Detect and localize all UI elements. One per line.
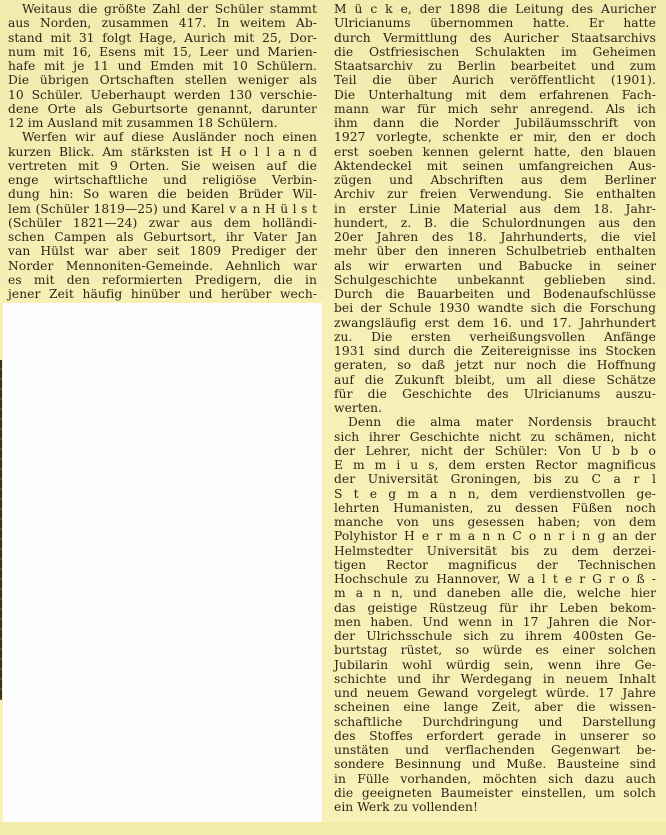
text-line: schichte und ihr Werdegang in neuem Inha… [334, 672, 656, 686]
text-line: werten. [334, 401, 656, 415]
text-line: sondere Besinnung und Muße. Bausteine si… [334, 757, 656, 771]
text-line: tigen Rector magnificus der Technischen [334, 558, 656, 572]
text-line: Hochschule zu Hannover, W a l t e r G r … [334, 572, 656, 586]
page-edge [0, 360, 2, 700]
text-line: der Lehrer, nicht der Schüler: Von U b b… [334, 444, 656, 458]
text-line: vertreten mit 9 Orten. Sie weisen auf di… [8, 159, 317, 173]
text-line: aus Norden, zusammen 417. In weitem Ab- [8, 16, 317, 30]
text-line: Staatsarchiv zu Berlin bearbeitet und zu… [334, 59, 656, 73]
text-line: Norder Mennoniten-Gemeinde. Aehnlich war [8, 259, 317, 273]
text-line: in Fülle vorhanden, möchten sich dazu au… [334, 772, 656, 786]
text-line: durch Vermittlung des Auricher Staatsarc… [334, 31, 656, 45]
text-line: dene Orte als Geburtsorte genannt, darun… [8, 102, 317, 116]
text-line: 12 im Ausland mit zusammen 18 Schülern. [8, 116, 317, 130]
text-line: hafe mit je 11 und Emden mit 10 Schülern… [8, 59, 317, 73]
text-line: Durch die Bauarbeiten und Bodenaufschlüs… [334, 287, 656, 301]
text-line: lehrten Humanisten, zu dessen Füßen noch [334, 501, 656, 515]
text-line: Jubilarin wohl würdig sein, wenn ihre Ge… [334, 658, 656, 672]
text-line: 1931 sind durch die Zeitereignisse ins S… [334, 344, 656, 358]
text-line: ein Werk zu vollenden! [334, 800, 656, 814]
text-line: manche von uns gesessen haben; von dem [334, 515, 656, 529]
text-line: van Hülst war aber seit 1809 Prediger de… [8, 244, 317, 258]
text-line: sich ihrer Geschichte nicht zu schämen, … [334, 430, 656, 444]
text-line: Denn die alma mater Nordensis braucht [334, 415, 656, 429]
text-line: men haben. Und wenn in 17 Jahren die Nor… [334, 615, 656, 629]
text-line: mann war für mich sehr anregend. Als ich [334, 102, 656, 116]
text-line: Polyhistor H e r m a n n C o n r i n g a… [334, 529, 656, 543]
text-line: Die Unterhaltung mit dem erfahrenen Fach… [334, 88, 656, 102]
text-line: auf die Zukunft bleibt, um all diese Sch… [334, 373, 656, 387]
text-line: dung hin: So waren die beiden Brüder Wil… [8, 187, 317, 201]
right-column: M ü c k e, der 1898 die Leitung des Auri… [334, 2, 656, 814]
text-line: Ulricianums übernommen hatte. Er hatte [334, 16, 656, 30]
text-line: S t e g m a n n, dem verdienstvollen ge- [334, 487, 656, 501]
text-line: scheinen eine lange Zeit, aber die wisse… [334, 700, 656, 714]
text-line: lem (Schüler 1819—25) und Karel v a n H … [8, 202, 317, 216]
text-line: kurzen Blick. Am stärksten ist H o l l a… [8, 145, 317, 159]
text-line: M ü c k e, der 1898 die Leitung des Auri… [334, 2, 656, 16]
text-line: als wir erwarten und Babucke in seiner [334, 259, 656, 273]
text-line: des Stoffes erfordert gerade in unserer … [334, 729, 656, 743]
text-line: Weitaus die größte Zahl der Schüler stam… [8, 2, 317, 16]
text-line: Werfen wir auf diese Ausländer noch eine… [8, 130, 317, 144]
text-line: m a n n, und daneben alle die, welche hi… [334, 586, 656, 600]
text-line: burtstag rüstet, so würde es einer solch… [334, 643, 656, 657]
text-line: Archiv zur freien Verwendung. Sie enthal… [334, 187, 656, 201]
text-line: der Universität Groningen, bis zu C a r … [334, 472, 656, 486]
paper-bottom-edge [0, 822, 666, 835]
text-line: ihm dann die Norder Jubiläumsschrift von [334, 116, 656, 130]
text-line: unstäten und verflachenden Gegenwart be- [334, 743, 656, 757]
text-line: zwangsläufig erst dem 16. und 17. Jahrhu… [334, 316, 656, 330]
text-line: hundert, z. B. die Schulordnungen aus de… [334, 216, 656, 230]
text-line: Aktendeckel mit seinen umfangreichen Aus… [334, 159, 656, 173]
text-line: Die übrigen Ortschaften stellen weniger … [8, 73, 317, 87]
text-line: schen Campen als Geburtsort, ihr Vater J… [8, 230, 317, 244]
blank-cutout-area [3, 303, 322, 822]
text-line: enge wirtschaftliche und religiöse Verbi… [8, 173, 317, 187]
text-line: mehr über den inneren Schulbetrieb entha… [334, 244, 656, 258]
text-line: Helmstedter Universität bis zu dem derze… [334, 544, 656, 558]
text-line: 1927 vorlegte, schenkte er mir, den er d… [334, 130, 656, 144]
text-line: geraten, so daß jetzt nur noch die Hoffn… [334, 358, 656, 372]
text-line: jener Zeit häufig hinüber und herüber we… [8, 287, 317, 301]
text-line: num mit 16, Esens mit 15, Leer und Marie… [8, 45, 317, 59]
text-line: die geeigneten Baumeister einstellen, um… [334, 786, 656, 800]
text-line: und neuem Gewand vorgelegt würde. 17 Jah… [334, 686, 656, 700]
text-line: schaftliche Durchdringung und Darstellun… [334, 715, 656, 729]
text-line: Schulgeschichte unbekannt geblieben sind… [334, 273, 656, 287]
text-line: erst soeben kennen gelernt hatte, den bl… [334, 145, 656, 159]
text-line: Teil die über Aurich veröffentlicht (190… [334, 73, 656, 87]
text-line: 10 Schüler. Ueberhaupt werden 130 versch… [8, 88, 317, 102]
text-line: 20er Jahren des 18. Jahrhunderts, die vi… [334, 230, 656, 244]
left-column: Weitaus die größte Zahl der Schüler stam… [8, 2, 317, 330]
text-line: (Schüler 1821—24) zwar aus dem holländi- [8, 216, 317, 230]
text-line: E m m i u s, dem ersten Rector magnificu… [334, 458, 656, 472]
text-line: es mit den reformierten Predigern, die i… [8, 273, 317, 287]
text-line: zu. Die ersten verheißungsvollen Anfänge [334, 330, 656, 344]
text-line: bei der Schule 1930 wandte sich die Fors… [334, 301, 656, 315]
text-line: für die Geschichte des Ulricianums auszu… [334, 387, 656, 401]
text-line: das geistige Rüstzeug für ihr Leben beko… [334, 601, 656, 615]
text-line: stand mit 31 folgt Hage, Aurich mit 25, … [8, 31, 317, 45]
text-line: zügen und Abschriften aus dem Berliner [334, 173, 656, 187]
text-line: der Ulrichsschule sich zu ihrem 400sten … [334, 629, 656, 643]
text-line: die Ostfriesischen Schulakten im Geheime… [334, 45, 656, 59]
text-line: in erster Linie Material aus dem 18. Jah… [334, 202, 656, 216]
